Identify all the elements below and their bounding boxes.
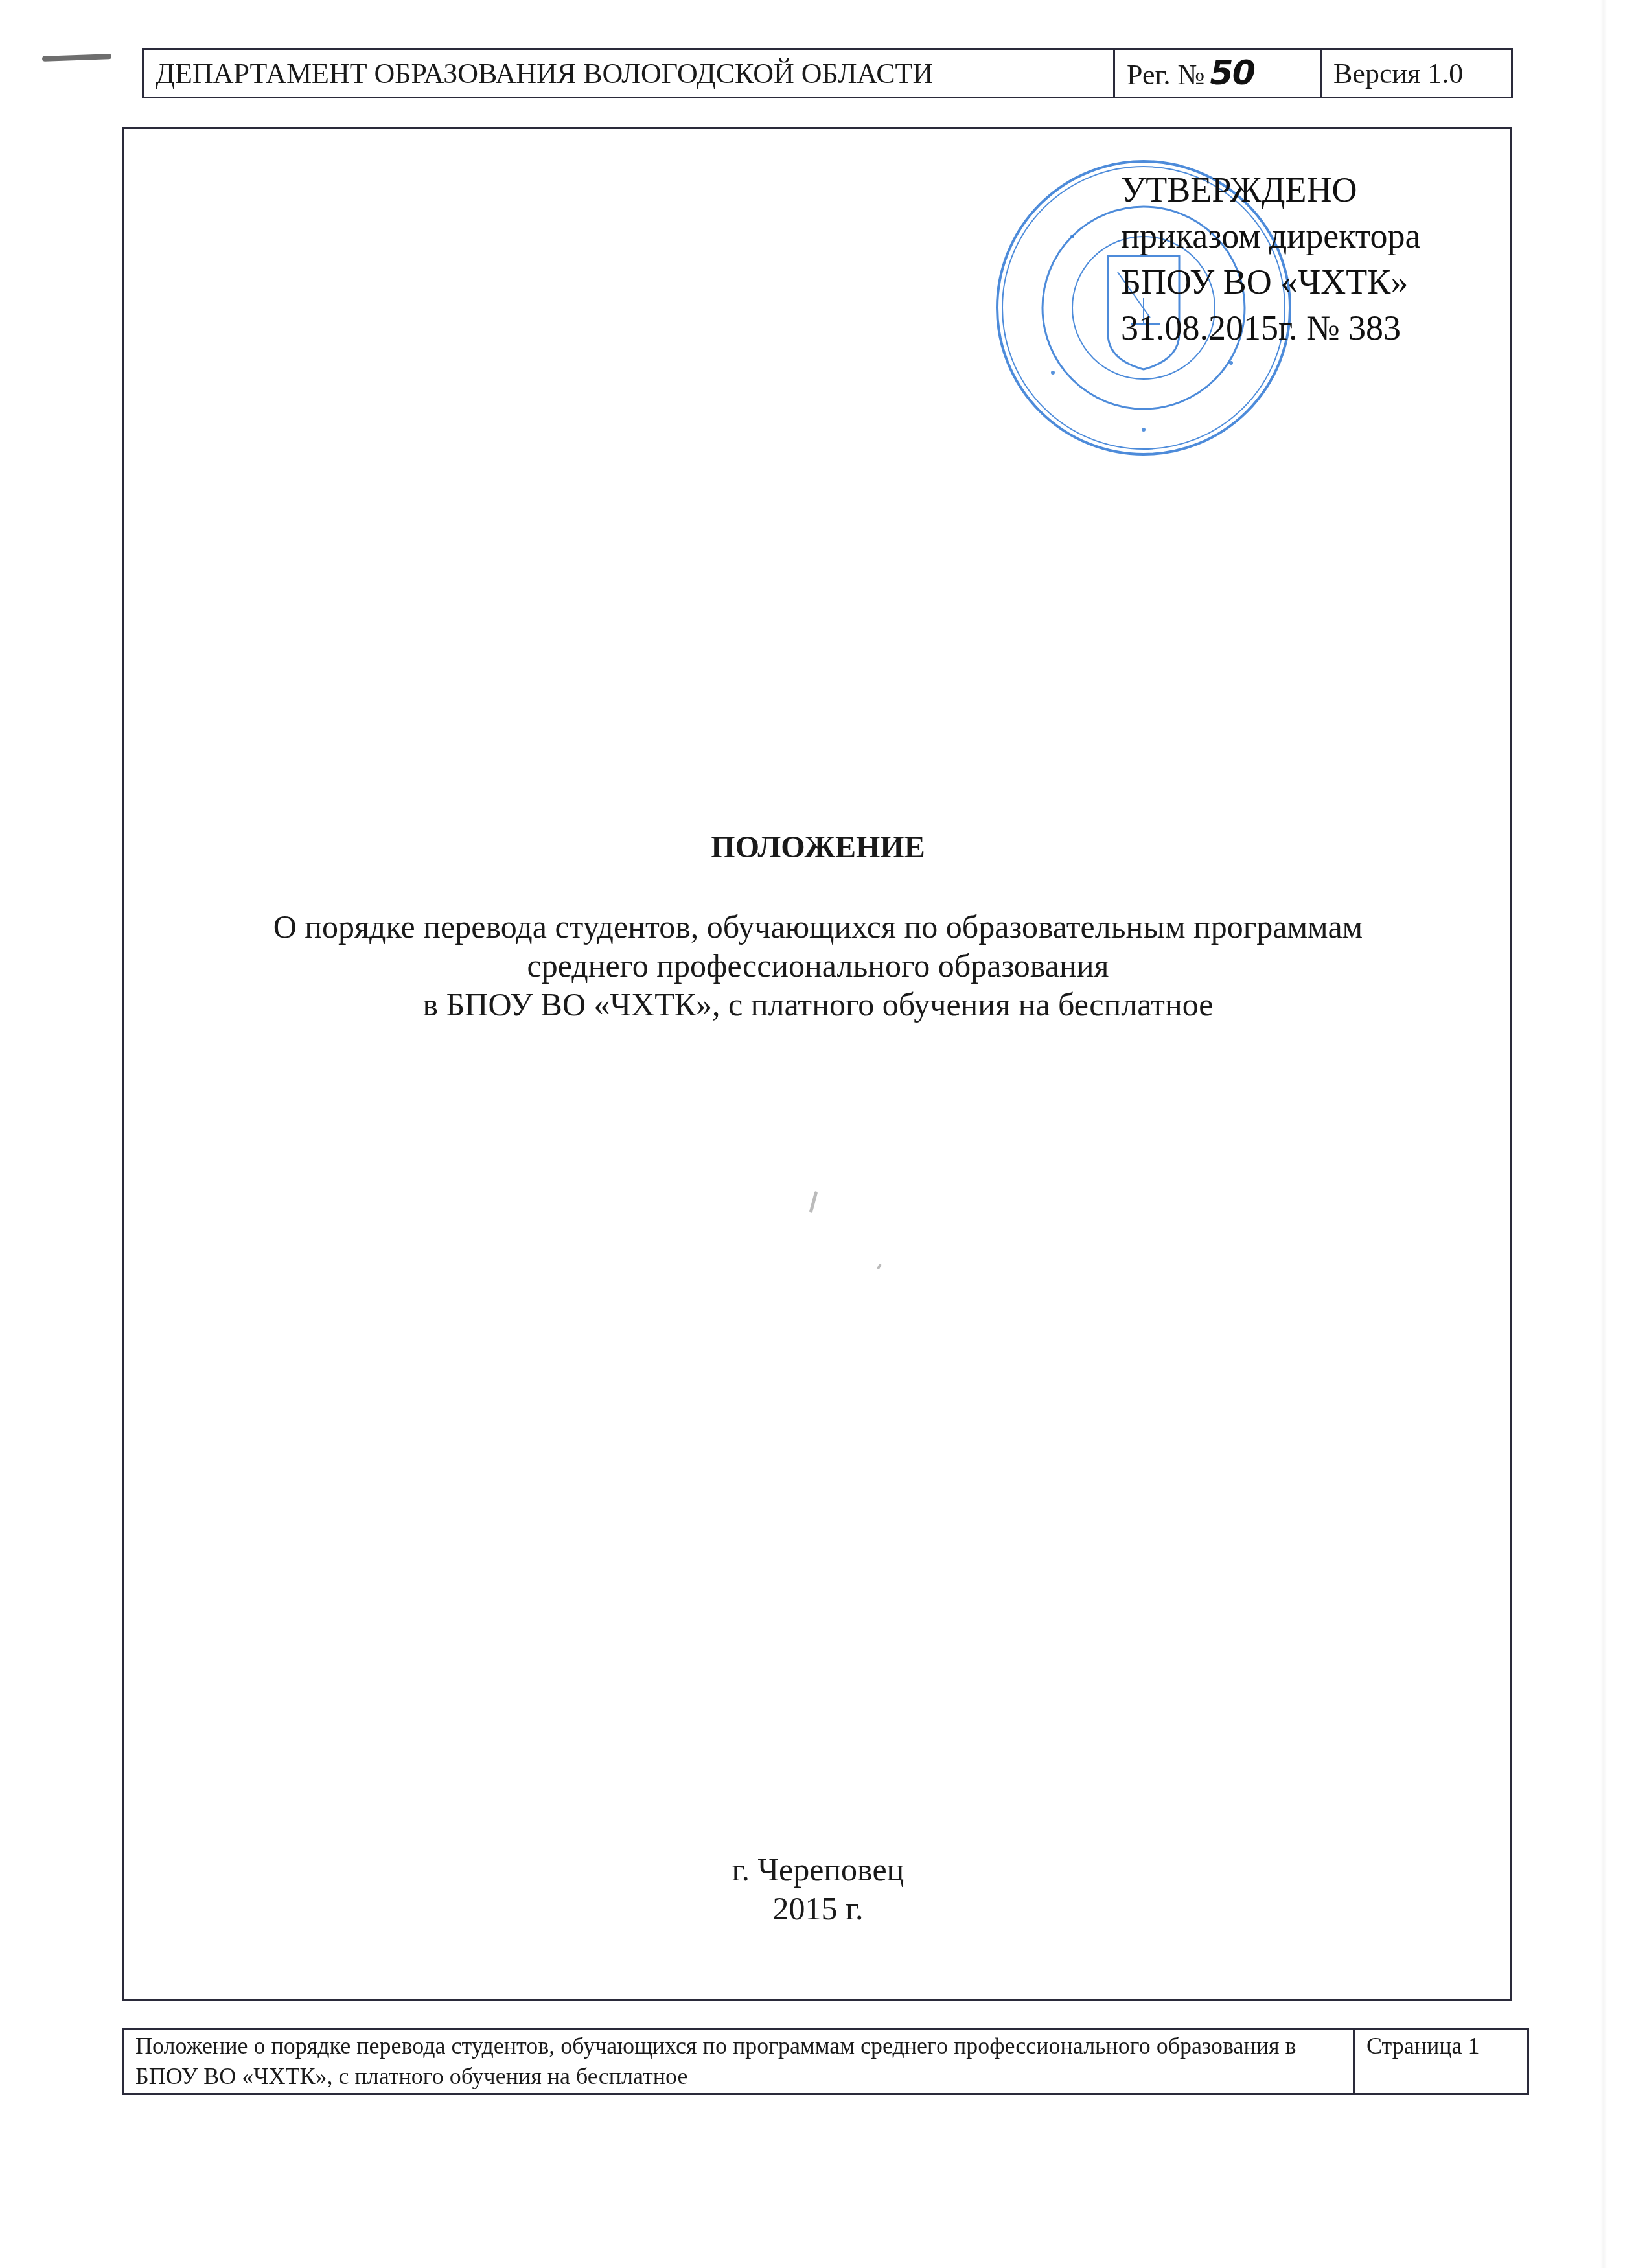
scan-pen-mark	[42, 54, 111, 62]
year: 2015 г.	[0, 1889, 1636, 1928]
header-reg: Рег. №50	[1114, 49, 1321, 98]
subtitle-line: в БПОУ ВО «ЧХТК», с платного обучения на…	[0, 985, 1636, 1024]
city-year-block: г. Череповец 2015 г.	[0, 1850, 1636, 1928]
subtitle-line: среднего профессионального образования	[0, 946, 1636, 985]
reg-number-handwritten: 50	[1210, 54, 1254, 93]
approval-line: приказом директора	[1121, 213, 1421, 259]
title-page-frame	[122, 127, 1512, 2001]
header-table: ДЕПАРТАМЕНТ ОБРАЗОВАНИЯ ВОЛОГОДСКОЙ ОБЛА…	[142, 48, 1513, 98]
approval-line: БПОУ ВО «ЧХТК»	[1121, 259, 1421, 305]
subtitle-line: О порядке перевода студентов, обучающихс…	[0, 907, 1636, 946]
document-subtitle: О порядке перевода студентов, обучающихс…	[0, 907, 1636, 1024]
approval-block: УТВЕРЖДЕНО приказом директора БПОУ ВО «Ч…	[1121, 167, 1421, 351]
approval-line: 31.08.2015г. № 383	[1121, 305, 1421, 351]
city: г. Череповец	[0, 1850, 1636, 1889]
footer-title: Положение о порядке перевода студентов, …	[123, 2029, 1354, 2094]
header-department: ДЕПАРТАМЕНТ ОБРАЗОВАНИЯ ВОЛОГОДСКОЙ ОБЛА…	[143, 49, 1114, 98]
scan-edge-shadow	[1600, 0, 1607, 2268]
footer-table: Положение о порядке перевода студентов, …	[122, 2028, 1529, 2095]
header-version: Версия 1.0	[1321, 49, 1512, 98]
reg-label: Рег. №	[1127, 59, 1204, 91]
document-type-heading: ПОЛОЖЕНИЕ	[0, 829, 1636, 865]
footer-page-number: Страница 1	[1354, 2029, 1528, 2094]
approval-line: УТВЕРЖДЕНО	[1121, 167, 1421, 213]
